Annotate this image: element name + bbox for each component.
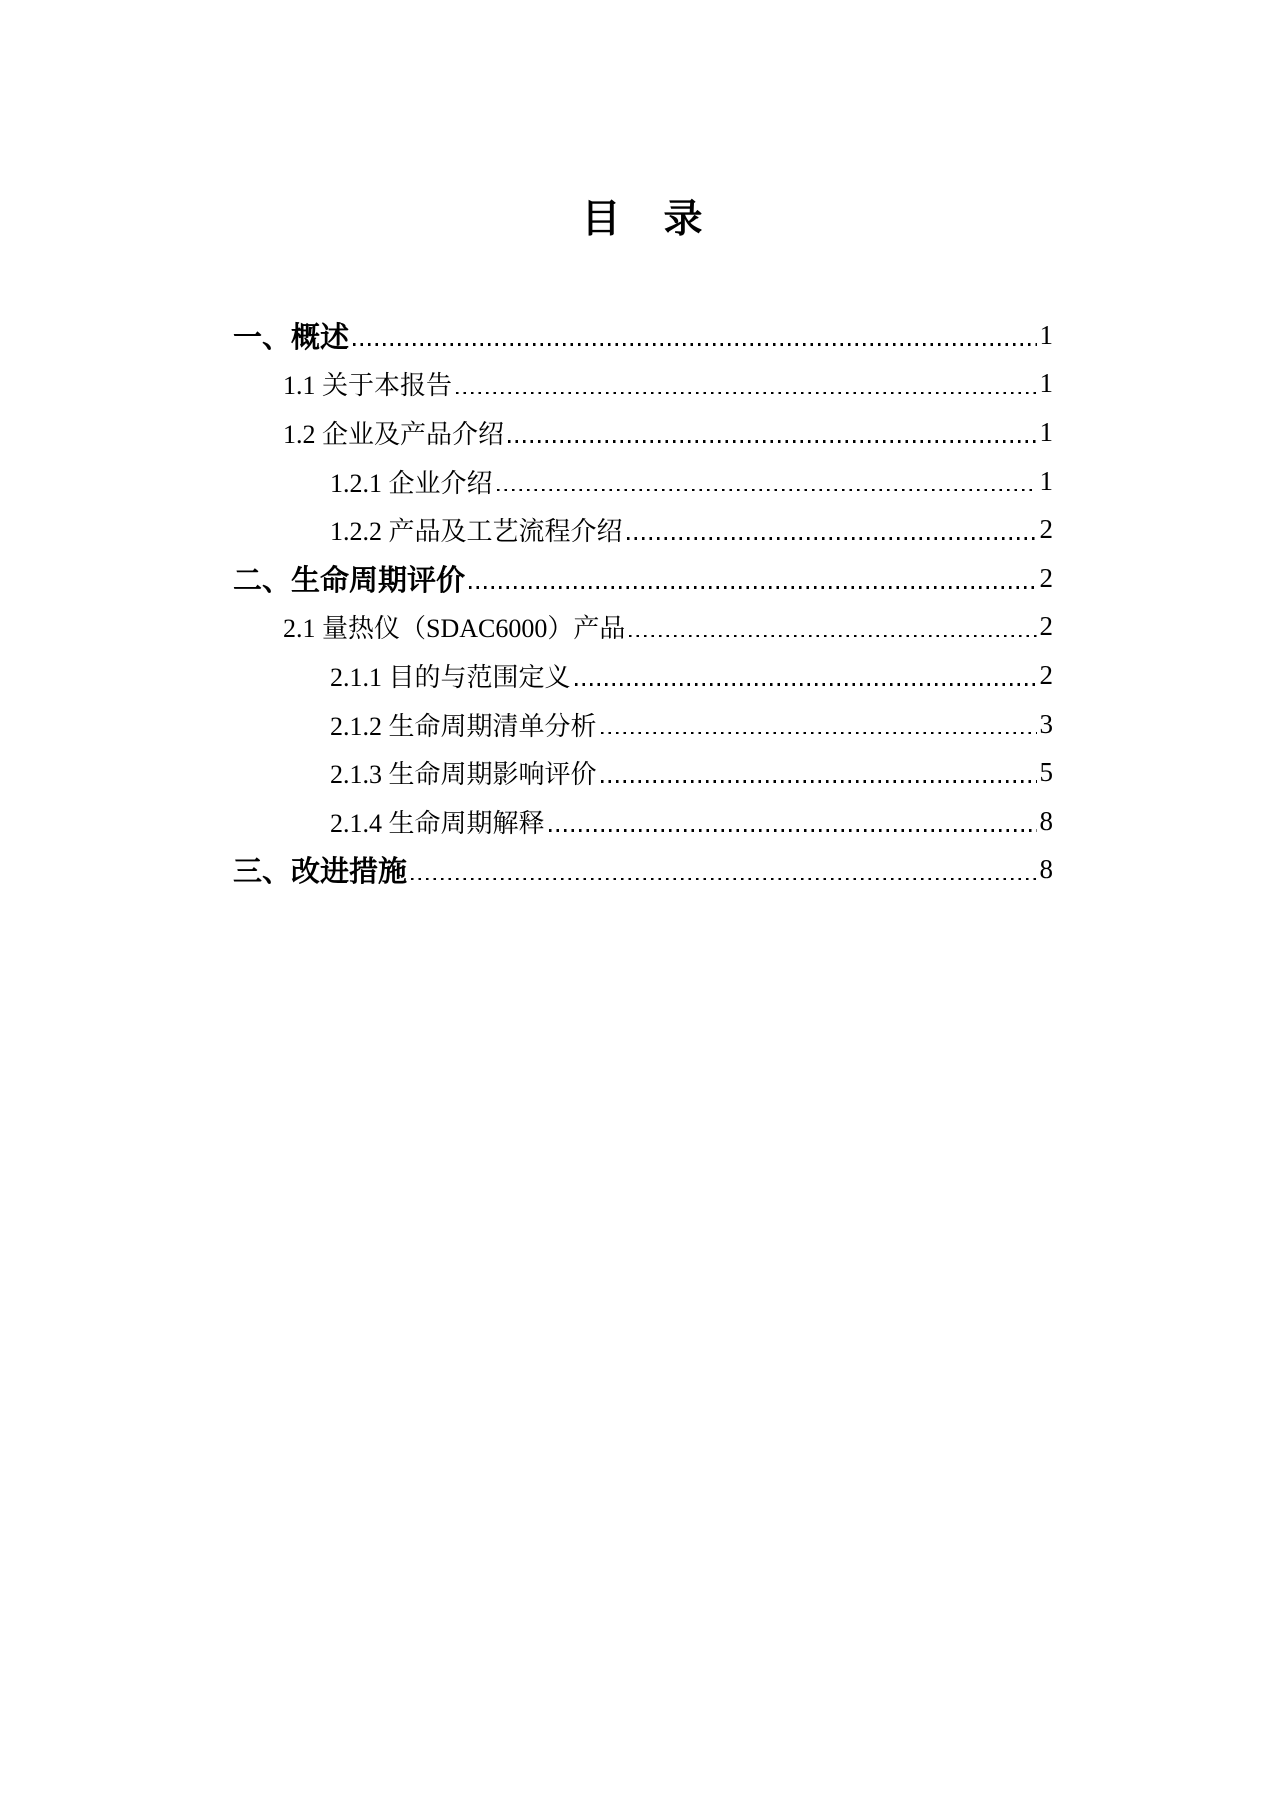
toc-entry[interactable]: 1.1 关于本报告1 <box>233 360 1053 409</box>
toc-list: 一、概述11.1 关于本报告11.2 企业及产品介绍11.2.1 企业介绍11.… <box>233 311 1053 894</box>
toc-entry-label: 1.2.1 企业介绍 <box>330 463 493 500</box>
dot-leader <box>627 537 1037 540</box>
dot-leader <box>508 440 1036 443</box>
dot-leader <box>469 586 1036 589</box>
toc-entry[interactable]: 2.1.2 生命周期清单分析3 <box>233 700 1053 749</box>
toc-entry-page-number: 2 <box>1040 514 1054 545</box>
toc-entry-label: 2.1.3 生命周期影响评价 <box>330 754 597 791</box>
toc-entry[interactable]: 2.1 量热仪（SDAC6000）产品2 <box>233 603 1053 652</box>
dot-leader <box>497 489 1037 492</box>
toc-entry-page-number: 2 <box>1040 563 1054 594</box>
toc-entry-label: 2.1 量热仪（SDAC6000）产品 <box>283 608 625 645</box>
toc-entry[interactable]: 三、改进措施8 <box>233 846 1053 895</box>
toc-entry-label: 三、改进措施 <box>233 849 407 890</box>
dot-leader <box>353 343 1036 346</box>
toc-entry-page-number: 2 <box>1040 660 1054 691</box>
toc-entry-label: 一、概述 <box>233 315 349 356</box>
toc-entry-label: 1.2.2 产品及工艺流程介绍 <box>330 511 623 548</box>
toc-entry-page-number: 8 <box>1040 854 1054 885</box>
dot-leader <box>601 732 1037 735</box>
toc-entry[interactable]: 1.2 企业及产品介绍1 <box>233 408 1053 457</box>
toc-entry-page-number: 1 <box>1040 368 1054 399</box>
toc-entry-page-number: 8 <box>1040 806 1054 837</box>
dot-leader <box>629 635 1036 638</box>
dot-leader <box>456 392 1036 395</box>
toc-entry[interactable]: 二、生命周期评价2 <box>233 554 1053 603</box>
toc-entry-page-number: 1 <box>1040 320 1054 351</box>
toc-entry-page-number: 1 <box>1040 417 1054 448</box>
dot-leader <box>575 683 1037 686</box>
toc-entry-label: 二、生命周期评价 <box>233 558 465 599</box>
dot-leader <box>411 878 1036 881</box>
page-title: 目 录 <box>233 196 1053 244</box>
toc-entry[interactable]: 2.1.1 目的与范围定义2 <box>233 651 1053 700</box>
toc-entry[interactable]: 1.2.1 企业介绍1 <box>233 457 1053 506</box>
toc-entry[interactable]: 2.1.3 生命周期影响评价5 <box>233 748 1053 797</box>
toc-entry-label: 1.2 企业及产品介绍 <box>283 414 504 451</box>
toc-entry[interactable]: 1.2.2 产品及工艺流程介绍2 <box>233 505 1053 554</box>
document-page: { "meta": { "text_color": "#000000", "ba… <box>0 0 1274 1813</box>
toc-entry-page-number: 2 <box>1040 611 1054 642</box>
toc-entry-page-number: 5 <box>1040 757 1054 788</box>
toc-entry[interactable]: 2.1.4 生命周期解释8 <box>233 797 1053 846</box>
toc-entry-label: 2.1.4 生命周期解释 <box>330 803 545 840</box>
toc-entry-page-number: 3 <box>1040 709 1054 740</box>
page-content: 目 录 一、概述11.1 关于本报告11.2 企业及产品介绍11.2.1 企业介… <box>233 0 1053 894</box>
toc-entry-label: 1.1 关于本报告 <box>283 365 452 402</box>
toc-entry-label: 2.1.1 目的与范围定义 <box>330 657 571 694</box>
toc-entry-page-number: 1 <box>1040 466 1054 497</box>
dot-leader <box>601 780 1037 783</box>
toc-entry-label: 2.1.2 生命周期清单分析 <box>330 706 597 743</box>
toc-entry[interactable]: 一、概述1 <box>233 311 1053 360</box>
dot-leader <box>549 829 1037 832</box>
